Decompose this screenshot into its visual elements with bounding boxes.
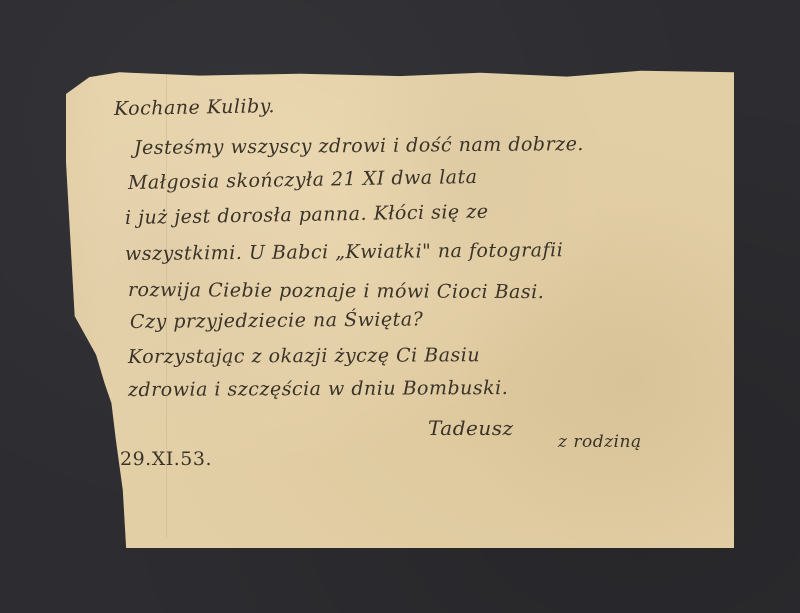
letter-date: 29.XI.53. (120, 448, 212, 470)
letter-signature-suffix: z rodziną (558, 432, 642, 452)
letter-salutation: Kochane Kuliby. (114, 95, 275, 120)
letter-body-line: zdrowia i szczęścia w dniu Bombuski. (128, 377, 508, 401)
letter-body-line: Czy przyjedziecie na Święta? (130, 308, 423, 333)
letter-body-line: Korzystając z okazji życzę Ci Basiu (128, 344, 480, 368)
letter-body-line: wszystkimi. U Babci „Kwiatki" na fotogra… (125, 239, 563, 265)
letter-body-line: rozwija Ciebie poznaje i mówi Cioci Basi… (128, 279, 544, 303)
letter-signature: Tadeusz (428, 416, 514, 440)
